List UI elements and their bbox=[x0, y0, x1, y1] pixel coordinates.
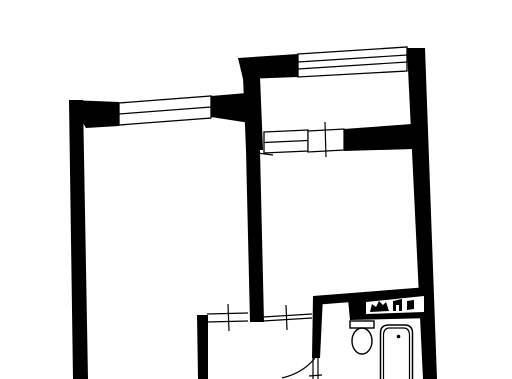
toilet-bowl bbox=[352, 328, 372, 354]
floor-plan-svg bbox=[0, 0, 512, 379]
wall-bathroom-left bbox=[312, 296, 323, 358]
bathroom-door-mark bbox=[309, 375, 322, 376]
bathtub-outer bbox=[381, 325, 413, 379]
wall-center-vertical-upper bbox=[243, 77, 263, 150]
hall-door-right-top bbox=[263, 314, 312, 317]
wall-top-upper-room bbox=[238, 54, 298, 79]
wall-room-divider bbox=[246, 150, 264, 322]
floor-plan-canvas bbox=[0, 0, 512, 379]
hall-door-left-top bbox=[207, 313, 248, 314]
hall-door-right-mark bbox=[286, 305, 287, 330]
wall-balcony-block bbox=[344, 124, 414, 151]
bathroom-door-swing-arc bbox=[282, 358, 315, 378]
balcony-door-mark bbox=[325, 122, 326, 157]
bathtub-inner bbox=[384, 328, 410, 379]
toilet-tank bbox=[350, 321, 374, 328]
wall-hall-left bbox=[197, 315, 208, 379]
hall-door-left-mark bbox=[228, 304, 229, 331]
bathtub-drain bbox=[397, 335, 401, 339]
hall-door-left-bottom bbox=[207, 321, 248, 322]
wall-left-exterior bbox=[69, 100, 88, 379]
vent-channel-mark-3 bbox=[407, 300, 414, 310]
hall-door-right-bottom bbox=[263, 318, 312, 321]
window-top bbox=[298, 47, 407, 77]
